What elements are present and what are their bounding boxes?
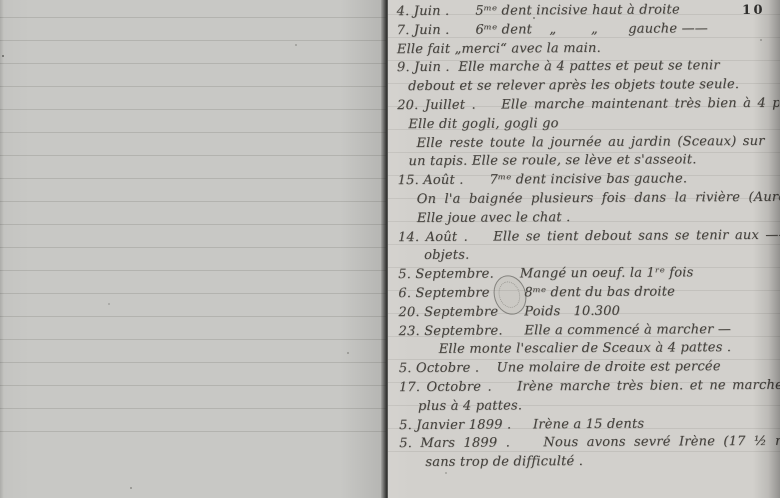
notebook-photo: 10 4. Juin . 5ᵐᵉ dent incisive haut à dr…: [0, 0, 780, 498]
left-blank-page: [0, 0, 386, 498]
manuscript-line: 4. Juin . 5ᵐᵉ dent incisive haut à droit…: [387, 1, 779, 22]
page-shading-left: [0, 0, 386, 498]
manuscript-line: 23. Septembre. Elle a commencé à marcher…: [389, 320, 780, 341]
manuscript-line: 20. Septembre Poids 10.300: [388, 302, 780, 323]
manuscript-line: On l'a baignée plusieurs fois dans la ri…: [388, 189, 780, 210]
manuscript-line: plus à 4 pattes.: [389, 396, 780, 417]
manuscript-line: 17. Octobre . Irène marche très bien. et…: [389, 377, 780, 398]
manuscript-line: un tapis. Elle se roule, se lève et s'as…: [387, 151, 779, 172]
dust-specks: [0, 0, 2, 2]
manuscript-line: Elle reste toute la journée au jardin (S…: [387, 132, 779, 153]
manuscript-line: Elle monte l'escalier de Sceaux à 4 patt…: [389, 339, 780, 360]
manuscript-line: 20. Juillet . Elle marche maintenant trè…: [387, 95, 779, 116]
manuscript-line: 5. Septembre. Mangé un oeuf. la 1ʳᵉ fois: [388, 264, 780, 285]
manuscript-line: 5. Mars 1899 . Nous avons sevré Irène (1…: [389, 433, 780, 454]
manuscript-line: Elle dit gogli, gogli go: [387, 114, 779, 135]
manuscript-line: 15. Août . 7ᵐᵉ dent incisive bas gauche.: [388, 170, 780, 191]
manuscript-line: 9. Juin . Elle marche à 4 pattes et peut…: [387, 57, 779, 78]
manuscript-line: Elle joue avec le chat .: [388, 208, 780, 229]
manuscript-line: 5. Janvier 1899 . Irène a 15 dents: [389, 414, 780, 435]
manuscript-line: 6. Septembre 8ᵐᵉ dent du bas droite: [388, 283, 780, 304]
manuscript-line: sans trop de difficulté .: [389, 452, 780, 473]
manuscript-entries: 4. Juin . 5ᵐᵉ dent incisive haut à droit…: [387, 1, 780, 473]
manuscript-line: 14. Août . Elle se tient debout sans se …: [388, 226, 780, 247]
manuscript-line: 5. Octobre . Une molaire de droite est p…: [389, 358, 780, 379]
manuscript-line: debout et se relever après les objets to…: [387, 76, 779, 97]
manuscript-line: Elle fait „merci“ avec la main.: [387, 38, 779, 59]
right-manuscript-page: 10 4. Juin . 5ᵐᵉ dent incisive haut à dr…: [388, 0, 780, 498]
manuscript-line: 7. Juin . 6ᵐᵉ dent „ „ gauche ——: [387, 20, 779, 41]
manuscript-line: objets.: [388, 245, 780, 266]
